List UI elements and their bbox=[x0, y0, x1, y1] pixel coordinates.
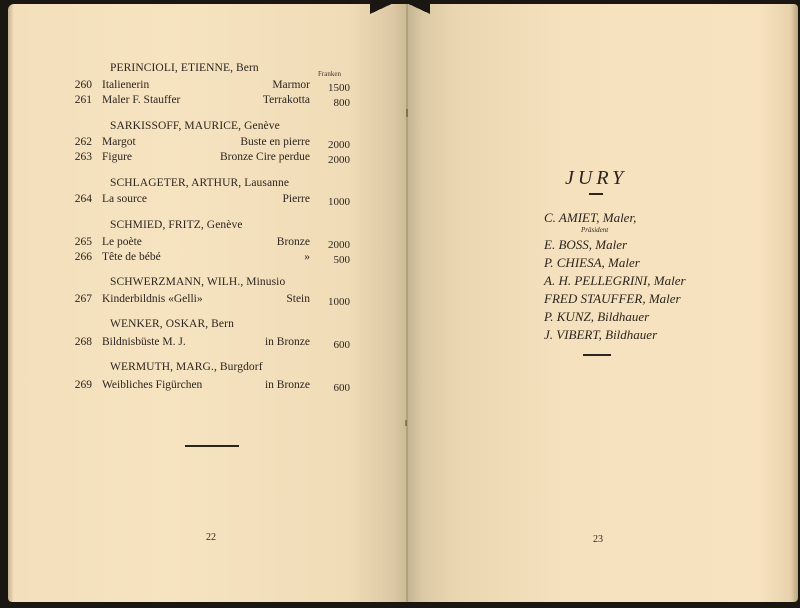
artist-heading: WENKER, OSKAR, Bern bbox=[110, 318, 234, 330]
paper-fleck bbox=[406, 109, 408, 117]
work-title: Weibliches Figürchen bbox=[102, 379, 202, 391]
catalog-row: 263 Figure Bronze Cire perdue 2000 bbox=[68, 151, 350, 165]
jury-member: C. AMIET, Maler, bbox=[544, 210, 636, 226]
artist-heading: PERINCIOLI, ETIENNE, Bern bbox=[110, 62, 259, 74]
catalog-row: 269 Weibliches Figürchen in Bronze 600 bbox=[68, 379, 350, 393]
catalog-row: 268 Bildnisbüste M. J. in Bronze 600 bbox=[68, 336, 350, 350]
catalog-number: 265 bbox=[68, 236, 92, 248]
catalog-number: 269 bbox=[68, 379, 92, 391]
work-material: Terrakotta bbox=[263, 94, 310, 106]
jury-member: E. BOSS, Maler bbox=[544, 237, 627, 253]
paper-fleck bbox=[405, 420, 407, 426]
artist-heading: SARKISSOFF, MAURICE, Genève bbox=[110, 120, 280, 132]
jury-heading: JURY bbox=[565, 167, 627, 190]
work-material: » bbox=[304, 251, 310, 263]
jury-end-rule bbox=[583, 354, 611, 356]
page-number-right: 23 bbox=[593, 534, 603, 545]
jury-member: P. CHIESA, Maler bbox=[544, 255, 640, 271]
work-price: 2000 bbox=[314, 154, 350, 166]
catalog-number: 266 bbox=[68, 251, 92, 263]
artist-heading: SCHMIED, FRITZ, Genève bbox=[110, 219, 243, 231]
work-price: 500 bbox=[314, 254, 350, 266]
page-number-left: 22 bbox=[206, 532, 216, 543]
work-material: in Bronze bbox=[265, 336, 310, 348]
catalog-row: 260 Italienerin Marmor 1500 bbox=[68, 79, 350, 93]
catalog-number: 264 bbox=[68, 193, 92, 205]
work-price: 1000 bbox=[314, 196, 350, 208]
work-title: Figure bbox=[102, 151, 132, 163]
work-title: Le poète bbox=[102, 236, 142, 248]
work-title: La source bbox=[102, 193, 147, 205]
work-price: 800 bbox=[314, 97, 350, 109]
work-material: Stein bbox=[286, 293, 310, 305]
heading-rule bbox=[589, 193, 603, 195]
work-title: Maler F. Stauffer bbox=[102, 94, 180, 106]
work-price: 2000 bbox=[314, 239, 350, 251]
jury-member: J. VIBERT, Bildhauer bbox=[544, 327, 657, 343]
section-end-rule bbox=[185, 445, 239, 447]
jury-member: FRED STAUFFER, Maler bbox=[544, 291, 681, 307]
artist-heading: SCHWERZMANN, WILH., Minusio bbox=[110, 276, 285, 288]
work-title: Kinderbildnis «Gelli» bbox=[102, 293, 203, 305]
work-title: Margot bbox=[102, 136, 136, 148]
work-material: in Bronze bbox=[265, 379, 310, 391]
catalog-number: 262 bbox=[68, 136, 92, 148]
catalog-row: 265 Le poète Bronze 2000 bbox=[68, 236, 350, 250]
work-price: 600 bbox=[314, 339, 350, 351]
work-material: Bronze Cire perdue bbox=[220, 151, 310, 163]
work-price: 2000 bbox=[314, 139, 350, 151]
artist-heading: SCHLAGETER, ARTHUR, Lausanne bbox=[110, 177, 289, 189]
work-price: 1000 bbox=[314, 296, 350, 308]
work-material: Buste en pierre bbox=[240, 136, 310, 148]
catalog-row: 261 Maler F. Stauffer Terrakotta 800 bbox=[68, 94, 350, 108]
catalog-number: 260 bbox=[68, 79, 92, 91]
catalog-number: 261 bbox=[68, 94, 92, 106]
work-material: Pierre bbox=[283, 193, 310, 205]
jury-member: A. H. PELLEGRINI, Maler bbox=[544, 273, 686, 289]
catalog-row: 267 Kinderbildnis «Gelli» Stein 1000 bbox=[68, 293, 350, 307]
work-price: 600 bbox=[314, 382, 350, 394]
catalog-row: 262 Margot Buste en pierre 2000 bbox=[68, 136, 350, 150]
catalog-number: 267 bbox=[68, 293, 92, 305]
spine-top-shadow bbox=[370, 0, 430, 14]
work-material: Marmor bbox=[272, 79, 310, 91]
catalog-number: 268 bbox=[68, 336, 92, 348]
catalog-row: 264 La source Pierre 1000 bbox=[68, 193, 350, 207]
book-spine bbox=[406, 4, 408, 602]
work-material: Bronze bbox=[277, 236, 310, 248]
catalog-number: 263 bbox=[68, 151, 92, 163]
catalog-row: 266 Tête de bébé » 500 bbox=[68, 251, 350, 265]
artist-heading: WERMUTH, MARG., Burgdorf bbox=[110, 361, 263, 373]
jury-member: P. KUNZ, Bildhauer bbox=[544, 309, 649, 325]
work-title: Italienerin bbox=[102, 79, 149, 91]
work-price: 1500 bbox=[314, 82, 350, 94]
work-title: Bildnisbüste M. J. bbox=[102, 336, 186, 348]
price-column-header: Franken bbox=[318, 70, 341, 78]
work-title: Tête de bébé bbox=[102, 251, 161, 263]
jury-member-role-note: Präsident bbox=[581, 226, 608, 234]
